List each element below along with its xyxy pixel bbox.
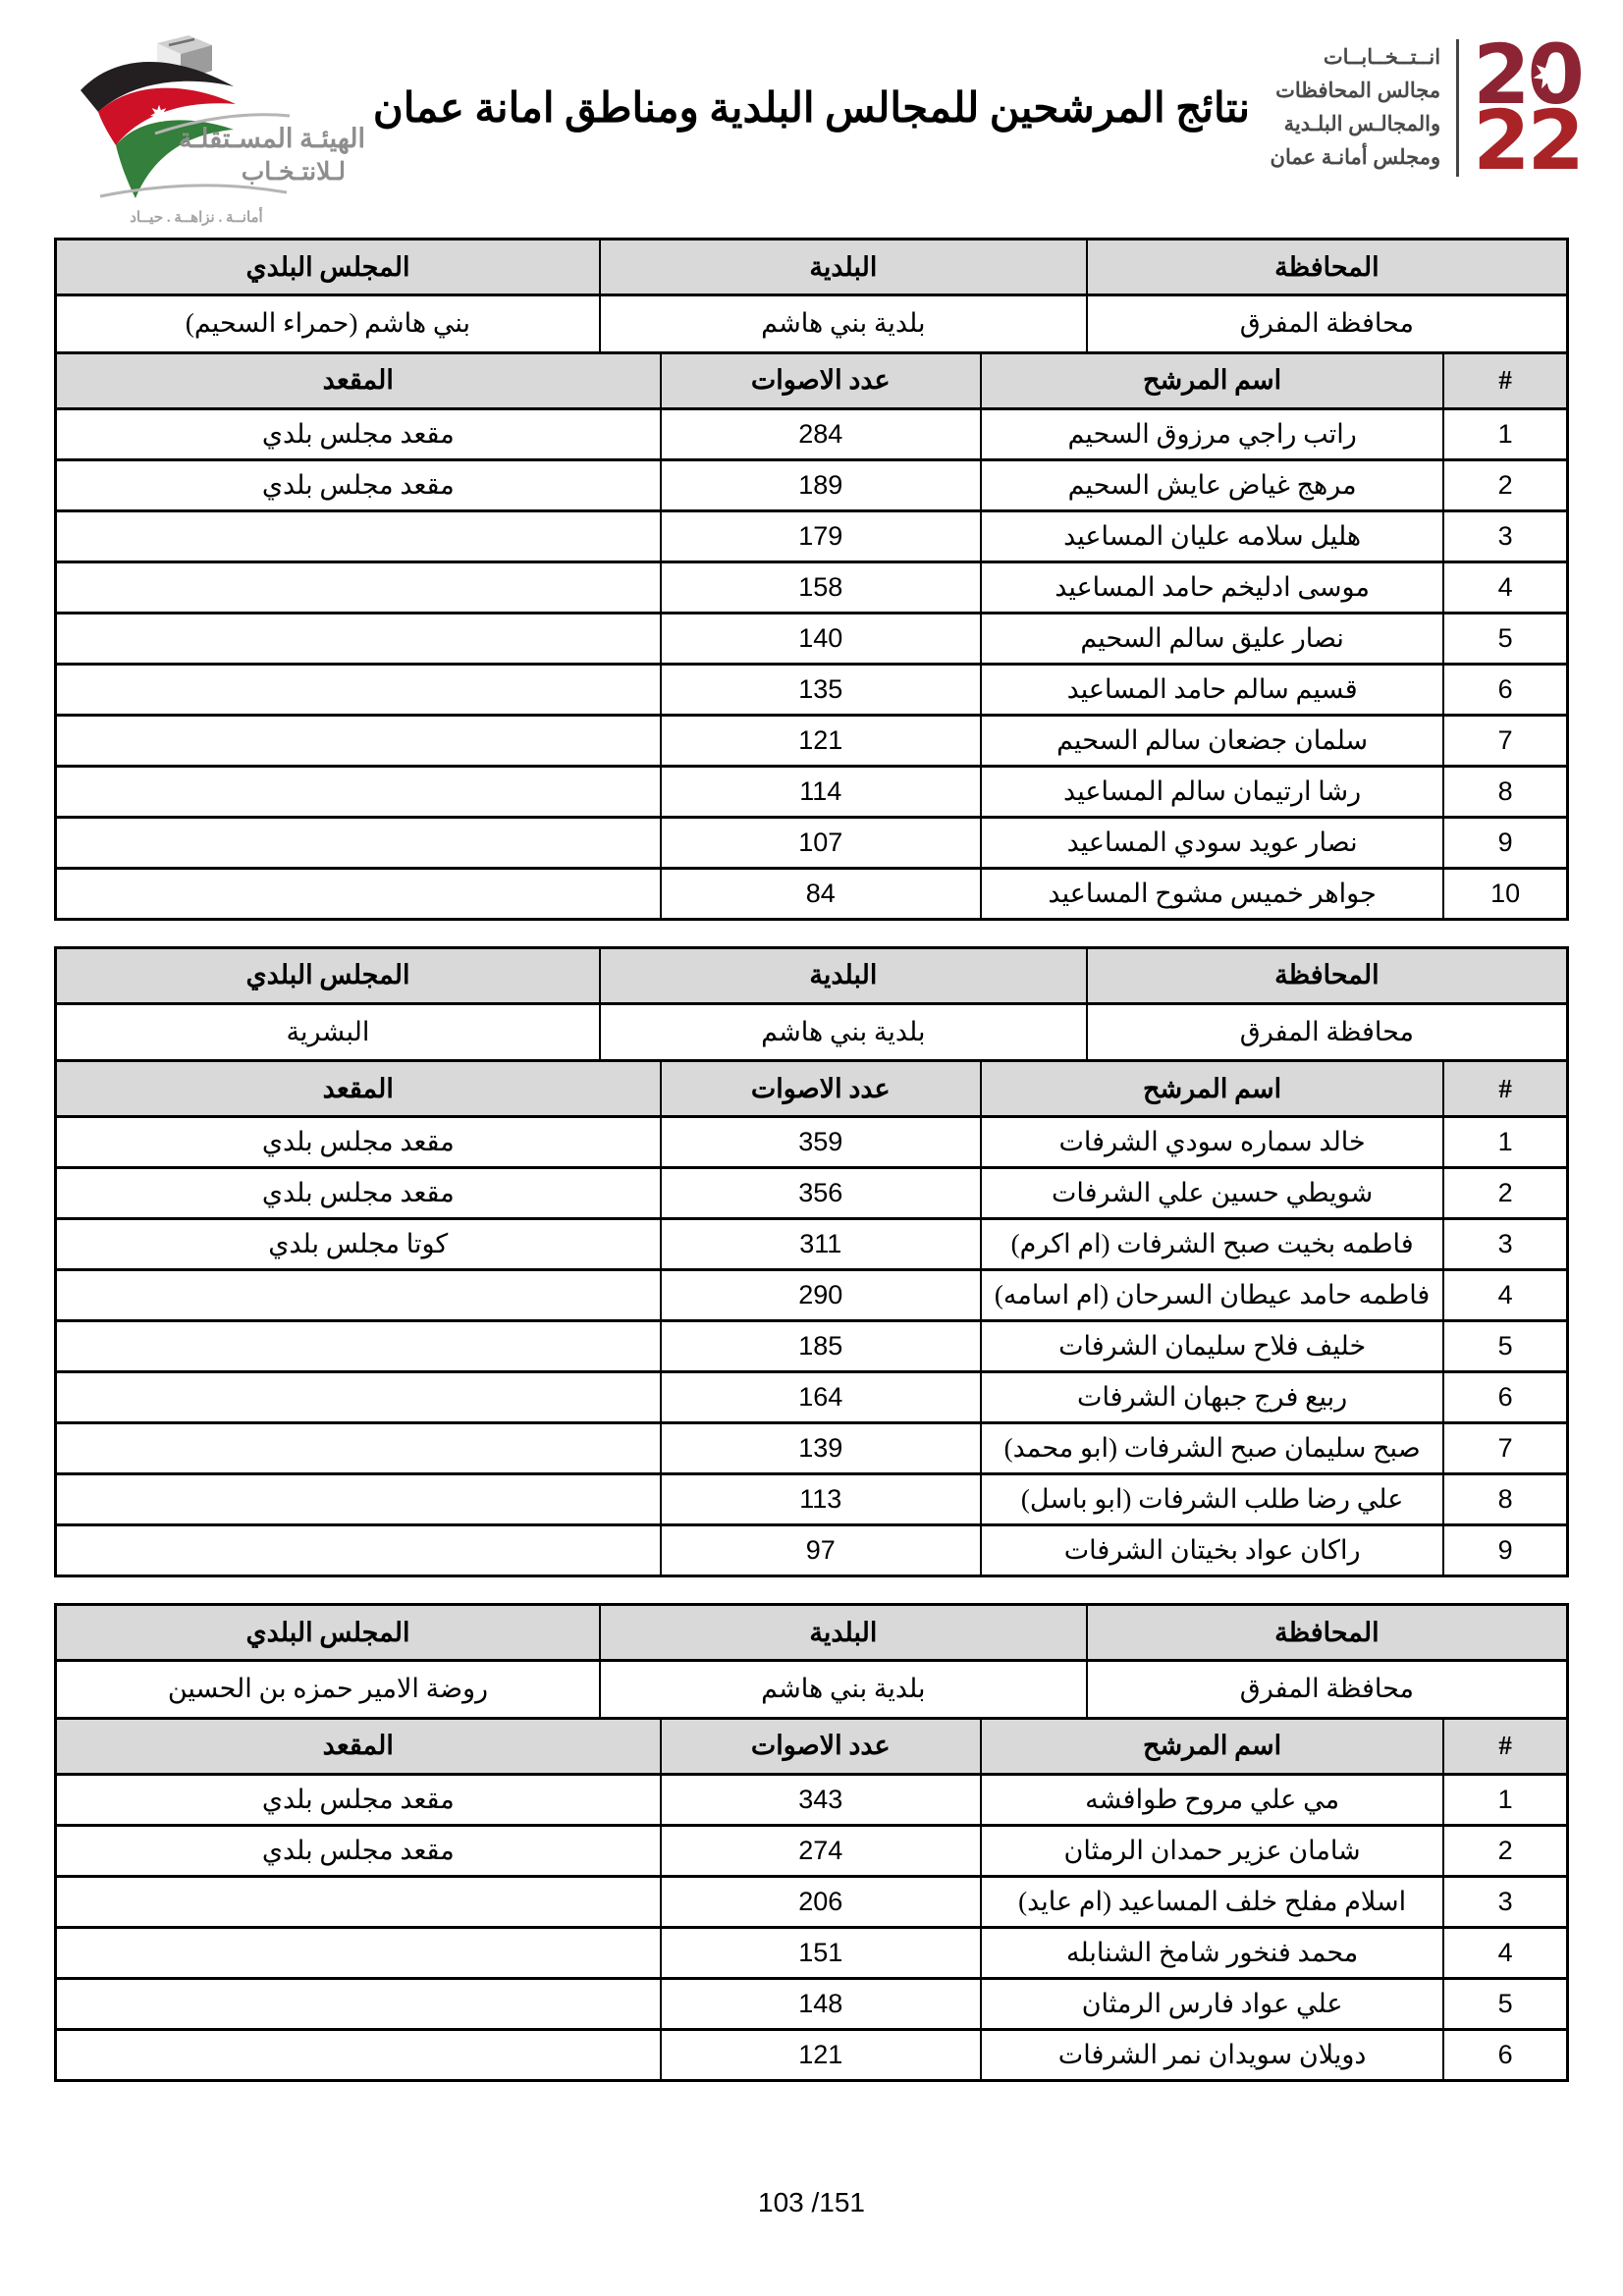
table-row: 8علي رضا طلب الشرفات (ابو باسل)113 xyxy=(56,1474,1568,1525)
row-number-cell: 3 xyxy=(1443,1876,1567,1927)
row-number-cell: 9 xyxy=(1443,817,1567,868)
election-logo-line4: ومجلس أمانـة عمان xyxy=(1271,141,1441,175)
seat-cell: مقعد مجلس بلدي xyxy=(56,1117,661,1168)
votes-cell: 121 xyxy=(661,715,981,766)
candidate-name-cell: خالد سماره سودي الشرفات xyxy=(981,1117,1443,1168)
candidate-name-cell: رشا ارتيمان سالم المساعيد xyxy=(981,766,1443,817)
row-number-cell: 3 xyxy=(1443,510,1567,561)
results-table: المحافظة البلدية المجلس البلدي محافظة ال… xyxy=(54,1603,1569,2082)
document-page: الهيئـة المسـتقلـة لـلانتـخـاب أمانــة .… xyxy=(0,0,1623,2296)
table-meta-header-row: المحافظة البلدية المجلس البلدي xyxy=(56,1605,1568,1661)
seat-cell xyxy=(56,1474,661,1525)
table-row: 7صبح سليمان صبح الشرفات (ابو محمد)139 xyxy=(56,1423,1568,1474)
seat-cell xyxy=(56,1423,661,1474)
election-logo-line2: مجالس المحافظات xyxy=(1271,75,1441,108)
table-meta: المحافظة البلدية المجلس البلدي محافظة ال… xyxy=(54,238,1569,351)
table-row: 4محمد فنخور شامخ الشنابله151 xyxy=(56,1927,1568,1978)
candidate-name-cell: سلمان جضعان سالم السحيم xyxy=(981,715,1443,766)
star-icon xyxy=(1532,58,1565,91)
row-number-cell: 8 xyxy=(1443,766,1567,817)
candidate-column-label: اسم المرشح xyxy=(981,352,1443,408)
candidate-column-label: اسم المرشح xyxy=(981,1061,1443,1117)
row-number-cell: 6 xyxy=(1443,664,1567,715)
row-number-cell: 1 xyxy=(1443,408,1567,459)
votes-cell: 84 xyxy=(661,868,981,919)
table-row: 2شامان عزير حمدان الرمثان274مقعد مجلس بل… xyxy=(56,1825,1568,1876)
table-row: 8رشا ارتيمان سالم المساعيد114 xyxy=(56,766,1568,817)
seat-cell xyxy=(56,2029,661,2080)
seat-column-label: المقعد xyxy=(56,1061,661,1117)
candidate-name-cell: فاطمه بخيت صبح الشرفات (ام اكرم) xyxy=(981,1219,1443,1270)
table-row: 1مي علي مروح طوافشه343مقعد مجلس بلدي xyxy=(56,1774,1568,1825)
votes-cell: 107 xyxy=(661,817,981,868)
row-number-cell: 10 xyxy=(1443,868,1567,919)
votes-cell: 121 xyxy=(661,2029,981,2080)
candidate-name-cell: راكان عواد بخيتان الشرفات xyxy=(981,1525,1443,1576)
votes-cell: 206 xyxy=(661,1876,981,1927)
candidate-name-cell: شويطي حسين علي الشرفات xyxy=(981,1168,1443,1219)
election-logo-line1: انــتــخــابــات xyxy=(1271,41,1441,75)
row-number-cell: 4 xyxy=(1443,1927,1567,1978)
seat-column-label: المقعد xyxy=(56,352,661,408)
governorate-label: المحافظة xyxy=(1087,1605,1568,1661)
candidate-name-cell: اسلام مفلح خلف المساعيد (ام عايد) xyxy=(981,1876,1443,1927)
municipality-label: البلدية xyxy=(600,947,1087,1003)
municipality-value: بلدية بني هاشم xyxy=(600,295,1087,351)
candidate-name-cell: موسى ادليخم حامد المساعيد xyxy=(981,561,1443,613)
seat-column-label: المقعد xyxy=(56,1718,661,1774)
votes-cell: 343 xyxy=(661,1774,981,1825)
votes-cell: 290 xyxy=(661,1270,981,1321)
candidate-name-cell: ربيع فرج جبهان الشرفات xyxy=(981,1372,1443,1423)
seat-cell xyxy=(56,817,661,868)
table-row: 9نصار عويد سودي المساعيد107 xyxy=(56,817,1568,868)
row-number-cell: 7 xyxy=(1443,715,1567,766)
table-meta-value-row: محافظة المفرق بلدية بني هاشم بني هاشم (ح… xyxy=(56,295,1568,351)
row-number-cell: 5 xyxy=(1443,1978,1567,2029)
row-number-cell: 2 xyxy=(1443,459,1567,510)
council-label: المجلس البلدي xyxy=(56,1605,600,1661)
table-row: 4فاطمه حامد عيطان السرحان (ام اسامه)290 xyxy=(56,1270,1568,1321)
row-number-cell: 8 xyxy=(1443,1474,1567,1525)
seat-cell xyxy=(56,1372,661,1423)
seat-cell xyxy=(56,766,661,817)
seat-cell xyxy=(56,664,661,715)
number-column-label: # xyxy=(1443,1718,1567,1774)
votes-cell: 148 xyxy=(661,1978,981,2029)
row-number-cell: 1 xyxy=(1443,1117,1567,1168)
votes-column-label: عدد الاصوات xyxy=(661,1061,981,1117)
seat-cell xyxy=(56,1927,661,1978)
seat-cell: مقعد مجلس بلدي xyxy=(56,1825,661,1876)
votes-cell: 140 xyxy=(661,613,981,664)
votes-column-label: عدد الاصوات xyxy=(661,1718,981,1774)
table-row: 9راكان عواد بخيتان الشرفات97 xyxy=(56,1525,1568,1576)
table-row: 10جواهر خميس مشوح المساعيد84 xyxy=(56,868,1568,919)
number-column-label: # xyxy=(1443,1061,1567,1117)
results-table: المحافظة البلدية المجلس البلدي محافظة ال… xyxy=(54,946,1569,1578)
table-row: 2مرهج غياض عايش السحيم189مقعد مجلس بلدي xyxy=(56,459,1568,510)
seat-cell xyxy=(56,561,661,613)
seat-cell xyxy=(56,510,661,561)
row-number-cell: 4 xyxy=(1443,1270,1567,1321)
table-candidates: # اسم المرشح عدد الاصوات المقعد 1مي علي … xyxy=(54,1717,1569,2082)
seat-cell: مقعد مجلس بلدي xyxy=(56,408,661,459)
table-meta-header-row: المحافظة البلدية المجلس البلدي xyxy=(56,947,1568,1003)
table-row: 3اسلام مفلح خلف المساعيد (ام عايد)206 xyxy=(56,1876,1568,1927)
votes-cell: 284 xyxy=(661,408,981,459)
seat-cell xyxy=(56,1321,661,1372)
votes-cell: 113 xyxy=(661,1474,981,1525)
governorate-value: محافظة المفرق xyxy=(1087,1003,1568,1059)
votes-cell: 359 xyxy=(661,1117,981,1168)
council-value: روضة الامير حمزه بن الحسين xyxy=(56,1661,600,1717)
table-row: 3هليل سلامه عليان المساعيد179 xyxy=(56,510,1568,561)
candidate-name-cell: صبح سليمان صبح الشرفات (ابو محمد) xyxy=(981,1423,1443,1474)
row-number-cell: 2 xyxy=(1443,1168,1567,1219)
candidate-name-cell: علي رضا طلب الشرفات (ابو باسل) xyxy=(981,1474,1443,1525)
seat-cell xyxy=(56,1270,661,1321)
votes-cell: 356 xyxy=(661,1168,981,1219)
table-candidates: # اسم المرشح عدد الاصوات المقعد 1خالد سم… xyxy=(54,1059,1569,1577)
municipality-value: بلدية بني هاشم xyxy=(600,1661,1087,1717)
table-row: 4موسى ادليخم حامد المساعيد158 xyxy=(56,561,1568,613)
table-meta-header-row: المحافظة البلدية المجلس البلدي xyxy=(56,240,1568,295)
row-number-cell: 4 xyxy=(1443,561,1567,613)
governorate-value: محافظة المفرق xyxy=(1087,295,1568,351)
election-logo-year: 20 22 xyxy=(1473,42,1582,174)
votes-cell: 164 xyxy=(661,1372,981,1423)
row-number-cell: 9 xyxy=(1443,1525,1567,1576)
candidate-name-cell: خليف فلاح سليمان الشرفات xyxy=(981,1321,1443,1372)
row-number-cell: 1 xyxy=(1443,1774,1567,1825)
row-number-cell: 6 xyxy=(1443,2029,1567,2080)
table-row: 6ربيع فرج جبهان الشرفات164 xyxy=(56,1372,1568,1423)
document-header: الهيئـة المسـتقلـة لـلانتـخـاب أمانــة .… xyxy=(0,0,1623,238)
election-2022-logo: انــتــخــابــات مجالس المحافظات والمجال… xyxy=(1271,39,1582,177)
seat-cell xyxy=(56,1876,661,1927)
row-number-cell: 3 xyxy=(1443,1219,1567,1270)
table-row: 6دويلان سويدان نمر الشرفات121 xyxy=(56,2029,1568,2080)
candidate-name-cell: نصار عليق سالم السحيم xyxy=(981,613,1443,664)
votes-cell: 114 xyxy=(661,766,981,817)
seat-cell: مقعد مجلس بلدي xyxy=(56,459,661,510)
council-value: البشرية xyxy=(56,1003,600,1059)
candidate-name-cell: مرهج غياض عايش السحيم xyxy=(981,459,1443,510)
table-columns-header-row: # اسم المرشح عدد الاصوات المقعد xyxy=(56,1718,1568,1774)
candidate-name-cell: مي علي مروح طوافشه xyxy=(981,1774,1443,1825)
decorative-arc-bottom xyxy=(100,186,287,196)
table-row: 2شويطي حسين علي الشرفات356مقعد مجلس بلدي xyxy=(56,1168,1568,1219)
election-logo-line3: والمجالـس البلـدية xyxy=(1271,108,1441,141)
table-row: 5نصار عليق سالم السحيم140 xyxy=(56,613,1568,664)
candidate-name-cell: دويلان سويدان نمر الشرفات xyxy=(981,2029,1443,2080)
council-label: المجلس البلدي xyxy=(56,947,600,1003)
election-logo-divider xyxy=(1456,39,1459,177)
municipality-label: البلدية xyxy=(600,1605,1087,1661)
votes-cell: 274 xyxy=(661,1825,981,1876)
tables-container: المحافظة البلدية المجلس البلدي محافظة ال… xyxy=(0,238,1623,2082)
candidate-name-cell: جواهر خميس مشوح المساعيد xyxy=(981,868,1443,919)
candidate-name-cell: راتب راجي مرزوق السحيم xyxy=(981,408,1443,459)
seat-cell xyxy=(56,868,661,919)
votes-cell: 135 xyxy=(661,664,981,715)
votes-cell: 189 xyxy=(661,459,981,510)
candidate-name-cell: محمد فنخور شامخ الشنابله xyxy=(981,1927,1443,1978)
table-meta: المحافظة البلدية المجلس البلدي محافظة ال… xyxy=(54,1603,1569,1717)
seat-cell xyxy=(56,1978,661,2029)
table-row: 3فاطمه بخيت صبح الشرفات (ام اكرم)311كوتا… xyxy=(56,1219,1568,1270)
seat-cell xyxy=(56,613,661,664)
governorate-value: محافظة المفرق xyxy=(1087,1661,1568,1717)
table-meta-value-row: محافظة المفرق بلدية بني هاشم روضة الامير… xyxy=(56,1661,1568,1717)
table-row: 1خالد سماره سودي الشرفات359مقعد مجلس بلد… xyxy=(56,1117,1568,1168)
seat-cell: مقعد مجلس بلدي xyxy=(56,1168,661,1219)
table-row: 6قسيم سالم حامد المساعيد135 xyxy=(56,664,1568,715)
table-row: 5خليف فلاح سليمان الشرفات185 xyxy=(56,1321,1568,1372)
year-2022-top: 20 xyxy=(1473,42,1582,108)
votes-cell: 158 xyxy=(661,561,981,613)
row-number-cell: 2 xyxy=(1443,1825,1567,1876)
candidate-name-cell: هليل سلامه عليان المساعيد xyxy=(981,510,1443,561)
table-meta-value-row: محافظة المفرق بلدية بني هاشم البشرية xyxy=(56,1003,1568,1059)
seat-cell: مقعد مجلس بلدي xyxy=(56,1774,661,1825)
votes-cell: 139 xyxy=(661,1423,981,1474)
table-meta: المحافظة البلدية المجلس البلدي محافظة ال… xyxy=(54,946,1569,1060)
votes-cell: 185 xyxy=(661,1321,981,1372)
number-column-label: # xyxy=(1443,352,1567,408)
page-number: 103 /151 xyxy=(0,2187,1623,2218)
governorate-label: المحافظة xyxy=(1087,240,1568,295)
candidate-name-cell: نصار عويد سودي المساعيد xyxy=(981,817,1443,868)
municipality-value: بلدية بني هاشم xyxy=(600,1003,1087,1059)
year-top-digits: 20 xyxy=(1473,27,1582,123)
row-number-cell: 5 xyxy=(1443,613,1567,664)
municipality-label: البلدية xyxy=(600,240,1087,295)
candidate-name-cell: قسيم سالم حامد المساعيد xyxy=(981,664,1443,715)
votes-cell: 151 xyxy=(661,1927,981,1978)
votes-column-label: عدد الاصوات xyxy=(661,352,981,408)
council-value: بني هاشم (حمراء السحيم) xyxy=(56,295,600,351)
votes-cell: 97 xyxy=(661,1525,981,1576)
table-row: 5علي عواد فارس الرمثان148 xyxy=(56,1978,1568,2029)
table-row: 1راتب راجي مرزوق السحيم284مقعد مجلس بلدي xyxy=(56,408,1568,459)
row-number-cell: 7 xyxy=(1443,1423,1567,1474)
election-logo-text: انــتــخــابــات مجالس المحافظات والمجال… xyxy=(1271,41,1441,175)
candidate-name-cell: فاطمه حامد عيطان السرحان (ام اسامه) xyxy=(981,1270,1443,1321)
iec-name-line2: لـلانتـخـاب xyxy=(242,159,346,186)
candidate-name-cell: شامان عزير حمدان الرمثان xyxy=(981,1825,1443,1876)
council-label: المجلس البلدي xyxy=(56,240,600,295)
table-columns-header-row: # اسم المرشح عدد الاصوات المقعد xyxy=(56,1061,1568,1117)
votes-cell: 179 xyxy=(661,510,981,561)
table-columns-header-row: # اسم المرشح عدد الاصوات المقعد xyxy=(56,352,1568,408)
row-number-cell: 5 xyxy=(1443,1321,1567,1372)
candidate-column-label: اسم المرشح xyxy=(981,1718,1443,1774)
governorate-label: المحافظة xyxy=(1087,947,1568,1003)
iec-tagline: أمانــة . نزاهــة . حيــاد xyxy=(130,206,262,226)
results-table: المحافظة البلدية المجلس البلدي محافظة ال… xyxy=(54,238,1569,921)
table-row: 7سلمان جضعان سالم السحيم121 xyxy=(56,715,1568,766)
seat-cell xyxy=(56,715,661,766)
table-candidates: # اسم المرشح عدد الاصوات المقعد 1راتب را… xyxy=(54,351,1569,921)
candidate-name-cell: علي عواد فارس الرمثان xyxy=(981,1978,1443,2029)
seat-cell: كوتا مجلس بلدي xyxy=(56,1219,661,1270)
seat-cell xyxy=(56,1525,661,1576)
row-number-cell: 6 xyxy=(1443,1372,1567,1423)
votes-cell: 311 xyxy=(661,1219,981,1270)
